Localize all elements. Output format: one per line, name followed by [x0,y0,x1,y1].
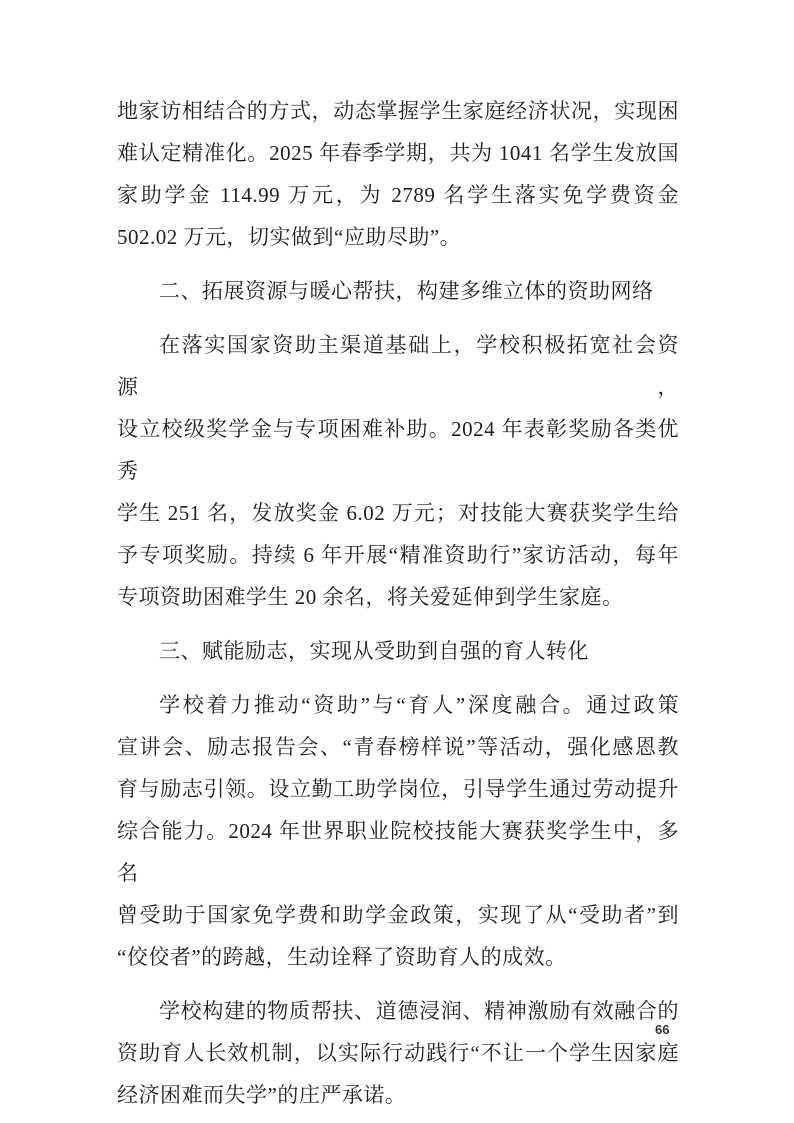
paragraph: 地家访相结合的方式，动态掌握学生家庭经济状况，实现困难认定精准化。2025 年春… [117,90,679,258]
paragraph: 学校着力推动“资助”与“育人”深度融合。通过政策宣讲会、励志报告会、“青春榜样说… [117,684,679,978]
text-line: 502.02 万元，切实做到“应助尽助”。 [117,216,679,258]
text-line: 资助育人长效机制，以实际行动践行“不让一个学生因家庭 [117,1032,679,1074]
text-line: 三、赋能励志，实现从受助到自强的育人转化 [117,630,679,672]
text-line: 在落实国家资助主渠道基础上，学校积极拓宽社会资源， [117,324,679,408]
text-line: 综合能力。2024 年世界职业院校技能大赛获奖学生中，多名 [117,810,679,894]
text-line: 二、拓展资源与暖心帮扶，构建多维立体的资助网络 [117,270,679,312]
text-line: 专项资助困难学生 20 余名，将关爱延伸到学生家庭。 [117,576,679,618]
text-line: 经济困难而失学”的庄严承诺。 [117,1074,679,1116]
section-heading: 三、赋能励志，实现从受助到自强的育人转化 [117,630,679,672]
text-line: “佼佼者”的跨越，生动诠释了资助育人的成效。 [117,936,679,978]
text-line: 难认定精准化。2025 年春季学期，共为 1041 名学生发放国 [117,132,679,174]
text-line: 宣讲会、励志报告会、“青春榜样说”等活动，强化感恩教 [117,726,679,768]
text-line: 设立校级奖学金与专项困难补助。2024 年表彰奖励各类优秀 [117,408,679,492]
text-line: 学校构建的物质帮扶、道德浸润、精神激励有效融合的 [117,990,679,1032]
section-heading: 二、拓展资源与暖心帮扶，构建多维立体的资助网络 [117,270,679,312]
text-line: 家助学金 114.99 万元，为 2789 名学生落实免学费资金 [117,174,679,216]
paragraph: 学校构建的物质帮扶、道德浸润、精神激励有效融合的资助育人长效机制，以实际行动践行… [117,990,679,1116]
text-line: 地家访相结合的方式，动态掌握学生家庭经济状况，实现困 [117,90,679,132]
text-line: 学生 251 名，发放奖金 6.02 万元；对技能大赛获奖学生给 [117,492,679,534]
document-page: 地家访相结合的方式，动态掌握学生家庭经济状况，实现困难认定精准化。2025 年春… [0,0,794,1123]
text-line: 予专项奖励。持续 6 年开展“精准资助行”家访活动，每年 [117,534,679,576]
text-line: 学校着力推动“资助”与“育人”深度融合。通过政策 [117,684,679,726]
text-line: 育与励志引领。设立勤工助学岗位，引导学生通过劳动提升 [117,768,679,810]
paragraph: 在落实国家资助主渠道基础上，学校积极拓宽社会资源，设立校级奖学金与专项困难补助。… [117,324,679,618]
text-line: 曾受助于国家免学费和助学金政策，实现了从“受助者”到 [117,894,679,936]
page-number: 66 [655,1020,685,1040]
document-body: 地家访相结合的方式，动态掌握学生家庭经济状况，实现困难认定精准化。2025 年春… [117,90,679,1116]
